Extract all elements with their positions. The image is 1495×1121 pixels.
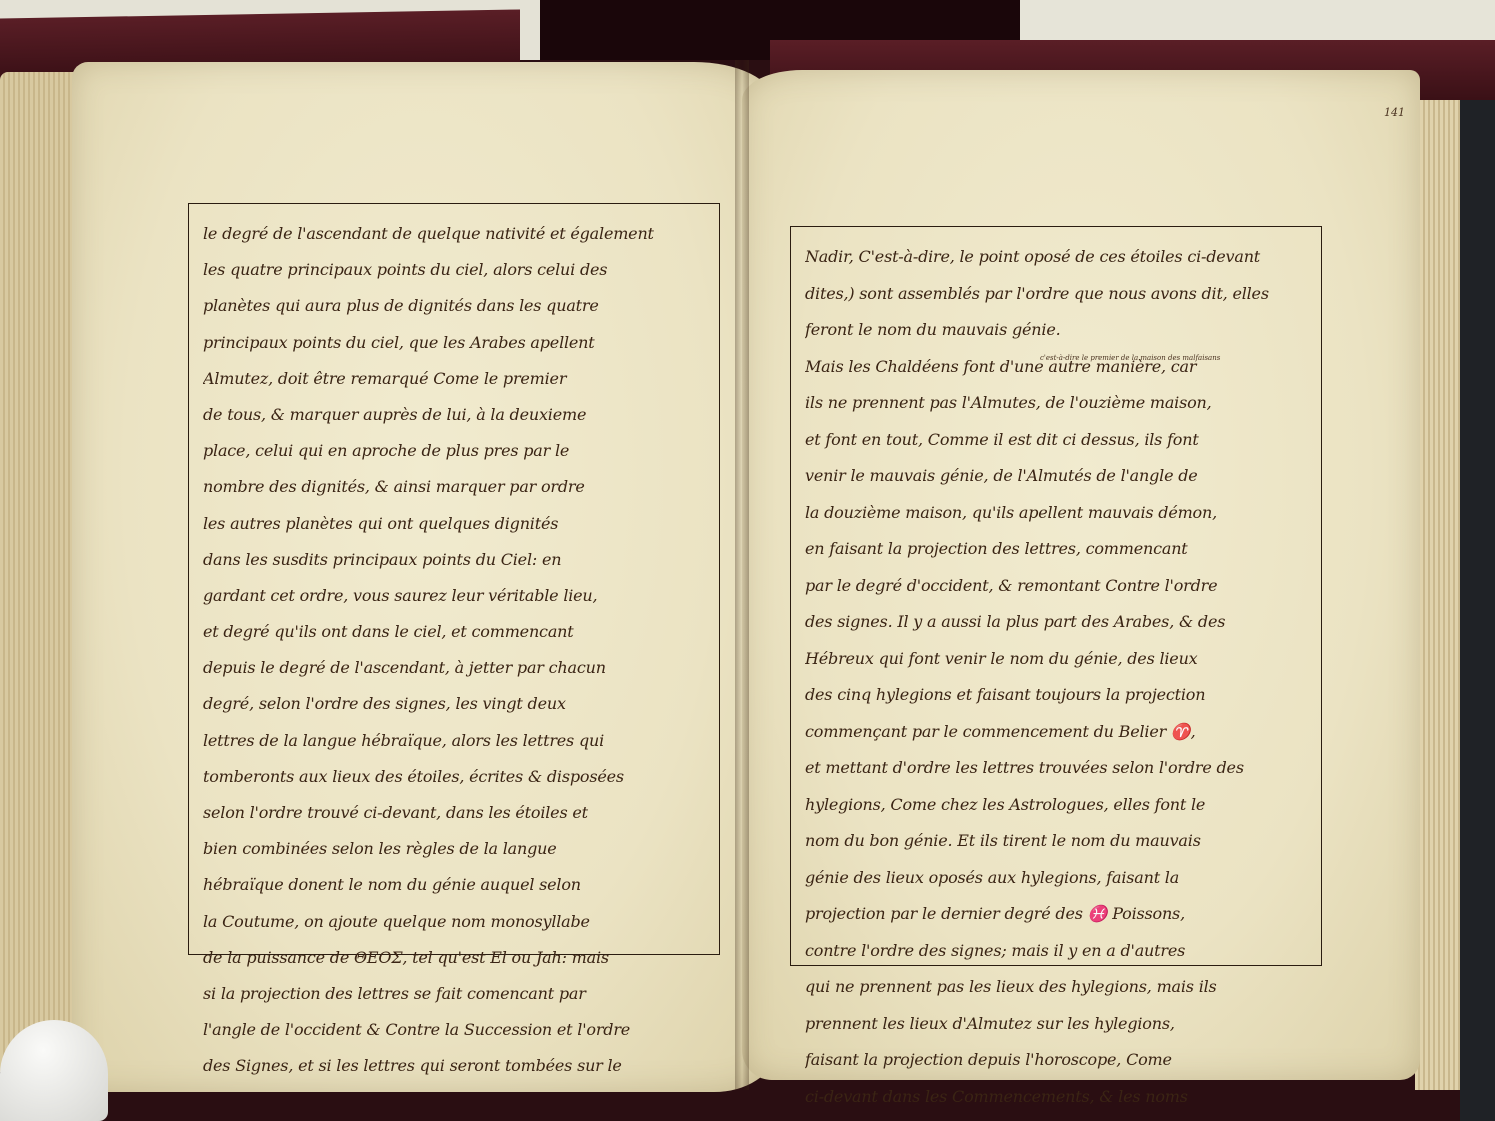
manuscript-line: tomberonts aux lieux des étoiles, écrite… bbox=[203, 759, 705, 795]
right-page-text-block: Nadir, C'est-à-dire, le point oposé de c… bbox=[790, 226, 1322, 966]
book-gutter bbox=[735, 60, 749, 1090]
manuscript-line: planètes qui aura plus de dignités dans … bbox=[203, 288, 705, 324]
page-edges-left bbox=[0, 72, 80, 1072]
page-edges-right bbox=[1415, 100, 1465, 1090]
manuscript-line: de tous, & marquer auprès de lui, à la d… bbox=[203, 397, 705, 433]
manuscript-line: prennent les lieux d'Almutez sur les hyl… bbox=[805, 1006, 1307, 1043]
manuscript-line: bien combinées selon les règles de la la… bbox=[203, 831, 705, 867]
manuscript-line: la douzième maison, qu'ils apellent mauv… bbox=[805, 495, 1307, 532]
manuscript-line: les autres planètes qui ont quelques dig… bbox=[203, 506, 705, 542]
manuscript-line: dans les susdits principaux points du Ci… bbox=[203, 542, 705, 578]
manuscript-line: de la puissance de ΘΕΟΣ, tel qu'est El o… bbox=[203, 940, 705, 976]
manuscript-line: et mettant d'ordre les lettres trouvées … bbox=[805, 750, 1307, 787]
manuscript-line: hylegions, Come chez les Astrologues, el… bbox=[805, 787, 1307, 824]
manuscript-line: les quatre principaux points du ciel, al… bbox=[203, 252, 705, 288]
manuscript-line: génie des lieux oposés aux hylegions, fa… bbox=[805, 860, 1307, 897]
manuscript-line: Hébreux qui font venir le nom du génie, … bbox=[805, 641, 1307, 678]
folio-number: 141 bbox=[1384, 106, 1405, 119]
manuscript-line: commençant par le commencement du Belier… bbox=[805, 714, 1307, 751]
manuscript-line: en faisant la projection des lettres, co… bbox=[805, 531, 1307, 568]
manuscript-line: la Coutume, on ajoute quelque nom monosy… bbox=[203, 904, 705, 940]
manuscript-line: par le degré d'occident, & remontant Con… bbox=[805, 568, 1307, 605]
manuscript-line: nom du bon génie. Et ils tirent le nom d… bbox=[805, 823, 1307, 860]
manuscript-line: projection par le dernier degré des ♓ Po… bbox=[805, 896, 1307, 933]
manuscript-line: qui ne prennent pas les lieux des hylegi… bbox=[805, 969, 1307, 1006]
manuscript-line: des cinq hylegions et faisant toujours l… bbox=[805, 677, 1307, 714]
book-cover-edge-right bbox=[1460, 100, 1495, 1121]
manuscript-line: degré, selon l'ordre des signes, les vin… bbox=[203, 686, 705, 722]
manuscript-line: principaux points du ciel, que les Arabe… bbox=[203, 325, 705, 361]
manuscript-line: le degré de l'ascendant de quelque nativ… bbox=[203, 216, 705, 252]
manuscript-line: faisant la projection depuis l'horoscope… bbox=[805, 1042, 1307, 1079]
manuscript-line: et font en tout, Comme il est dit ci des… bbox=[805, 422, 1307, 459]
manuscript-line: Almutez, doit être remarqué Come le prem… bbox=[203, 361, 705, 397]
manuscript-line: dites,) sont assemblés par l'ordre que n… bbox=[805, 276, 1307, 313]
manuscript-line: des signes. Il y a aussi la plus part de… bbox=[805, 604, 1307, 641]
manuscript-line: contre l'ordre des signes; mais il y en … bbox=[805, 933, 1307, 970]
manuscript-line: selon l'ordre trouvé ci-devant, dans les… bbox=[203, 795, 705, 831]
manuscript-line: feront le nom du mauvais génie. bbox=[805, 312, 1307, 349]
manuscript-line: si la projection des lettres se fait com… bbox=[203, 976, 705, 1012]
manuscript-line: place, celui qui en aproche de plus pres… bbox=[203, 433, 705, 469]
left-page-text-block: le degré de l'ascendant de quelque nativ… bbox=[188, 203, 720, 955]
manuscript-line: ci-devant dans les Commencements, & les … bbox=[805, 1079, 1307, 1116]
manuscript-line: l'angle de l'occident & Contre la Succes… bbox=[203, 1012, 705, 1048]
manuscript-line: lettres de la langue hébraïque, alors le… bbox=[203, 723, 705, 759]
background-right bbox=[1020, 0, 1495, 42]
manuscript-line: venir le mauvais génie, de l'Almutés de … bbox=[805, 458, 1307, 495]
manuscript-line: et degré qu'ils ont dans le ciel, et com… bbox=[203, 614, 705, 650]
manuscript-line: des Signes, et si les lettres qui seront… bbox=[203, 1048, 705, 1084]
white-glove bbox=[0, 1020, 108, 1121]
manuscript-line: nombre des dignités, & ainsi marquer par… bbox=[203, 469, 705, 505]
manuscript-line: Nadir, C'est-à-dire, le point oposé de c… bbox=[805, 239, 1307, 276]
manuscript-line: hébraïque donent le nom du génie auquel … bbox=[203, 867, 705, 903]
manuscript-line: gardant cet ordre, vous saurez leur véri… bbox=[203, 578, 705, 614]
interlinear-note: c'est-à-dire le premier de la maison des… bbox=[1040, 354, 1220, 362]
manuscript-line: ils ne prennent pas l'Almutes, de l'ouzi… bbox=[805, 385, 1307, 422]
manuscript-line: depuis le degré de l'ascendant, à jetter… bbox=[203, 650, 705, 686]
